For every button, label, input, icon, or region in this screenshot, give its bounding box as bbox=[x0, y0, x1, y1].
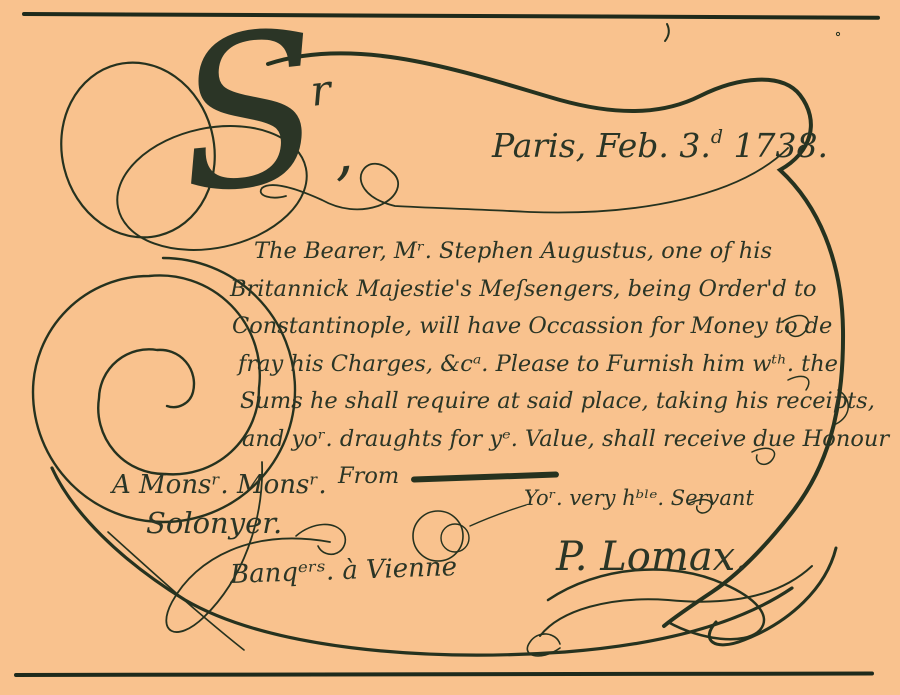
salutation-comma: , bbox=[330, 117, 356, 189]
plate-dot-mark bbox=[836, 32, 839, 35]
from-curl-inner bbox=[441, 524, 469, 552]
address-line-banker: Banqᵉʳˢ. à Vienne bbox=[230, 552, 458, 590]
top-border-rule bbox=[22, 12, 880, 20]
letter-body: The Bearer, Mʳ. Stephen Augustus, one of… bbox=[230, 233, 889, 496]
dateline-place-date: Paris, Feb. 3. bbox=[492, 126, 711, 165]
bottom-border-rule bbox=[14, 671, 874, 677]
from-underline-stroke bbox=[411, 471, 559, 482]
body-line: fray his Charges, &cᵃ. Please to Furnish… bbox=[238, 346, 889, 384]
valediction: Yoʳ. very hᵇˡᵉ. Servant bbox=[524, 486, 754, 510]
solonyer-curl-ornament bbox=[296, 524, 345, 554]
body-line: Sums he shall require at said place, tak… bbox=[240, 383, 889, 421]
salutation: S r , bbox=[168, 0, 358, 224]
from-word: From bbox=[338, 458, 399, 496]
signature: P. Lomax. bbox=[556, 534, 748, 580]
from-curl-tail bbox=[470, 505, 526, 526]
body-line: Constantinople, will have Occassion for … bbox=[232, 308, 889, 346]
engraved-letter-plate: S r , Paris, Feb. 3.d 1738. The Bearer, … bbox=[0, 0, 900, 695]
address-line-monsieur: A Monsʳ. Monsʳ. bbox=[112, 470, 327, 500]
dateline: Paris, Feb. 3.d 1738. bbox=[492, 126, 828, 165]
dateline-year: 1738. bbox=[723, 126, 828, 165]
salutation-initial: S bbox=[168, 3, 331, 225]
apostrophe-mark bbox=[665, 24, 669, 41]
salutation-superscript: r bbox=[308, 65, 333, 116]
body-line: Britannick Majestie's Meſsengers, being … bbox=[230, 271, 889, 309]
body-line: The Bearer, Mʳ. Stephen Augustus, one of… bbox=[254, 233, 889, 271]
signature-swash-3 bbox=[527, 634, 560, 656]
body-line: and yoʳ. draughts for yᵉ. Value, shall r… bbox=[242, 421, 889, 459]
dateline-superscript: d bbox=[711, 126, 723, 148]
lower-left-cross-stroke bbox=[108, 532, 244, 650]
address-line-name: Solonyer. bbox=[146, 506, 282, 540]
